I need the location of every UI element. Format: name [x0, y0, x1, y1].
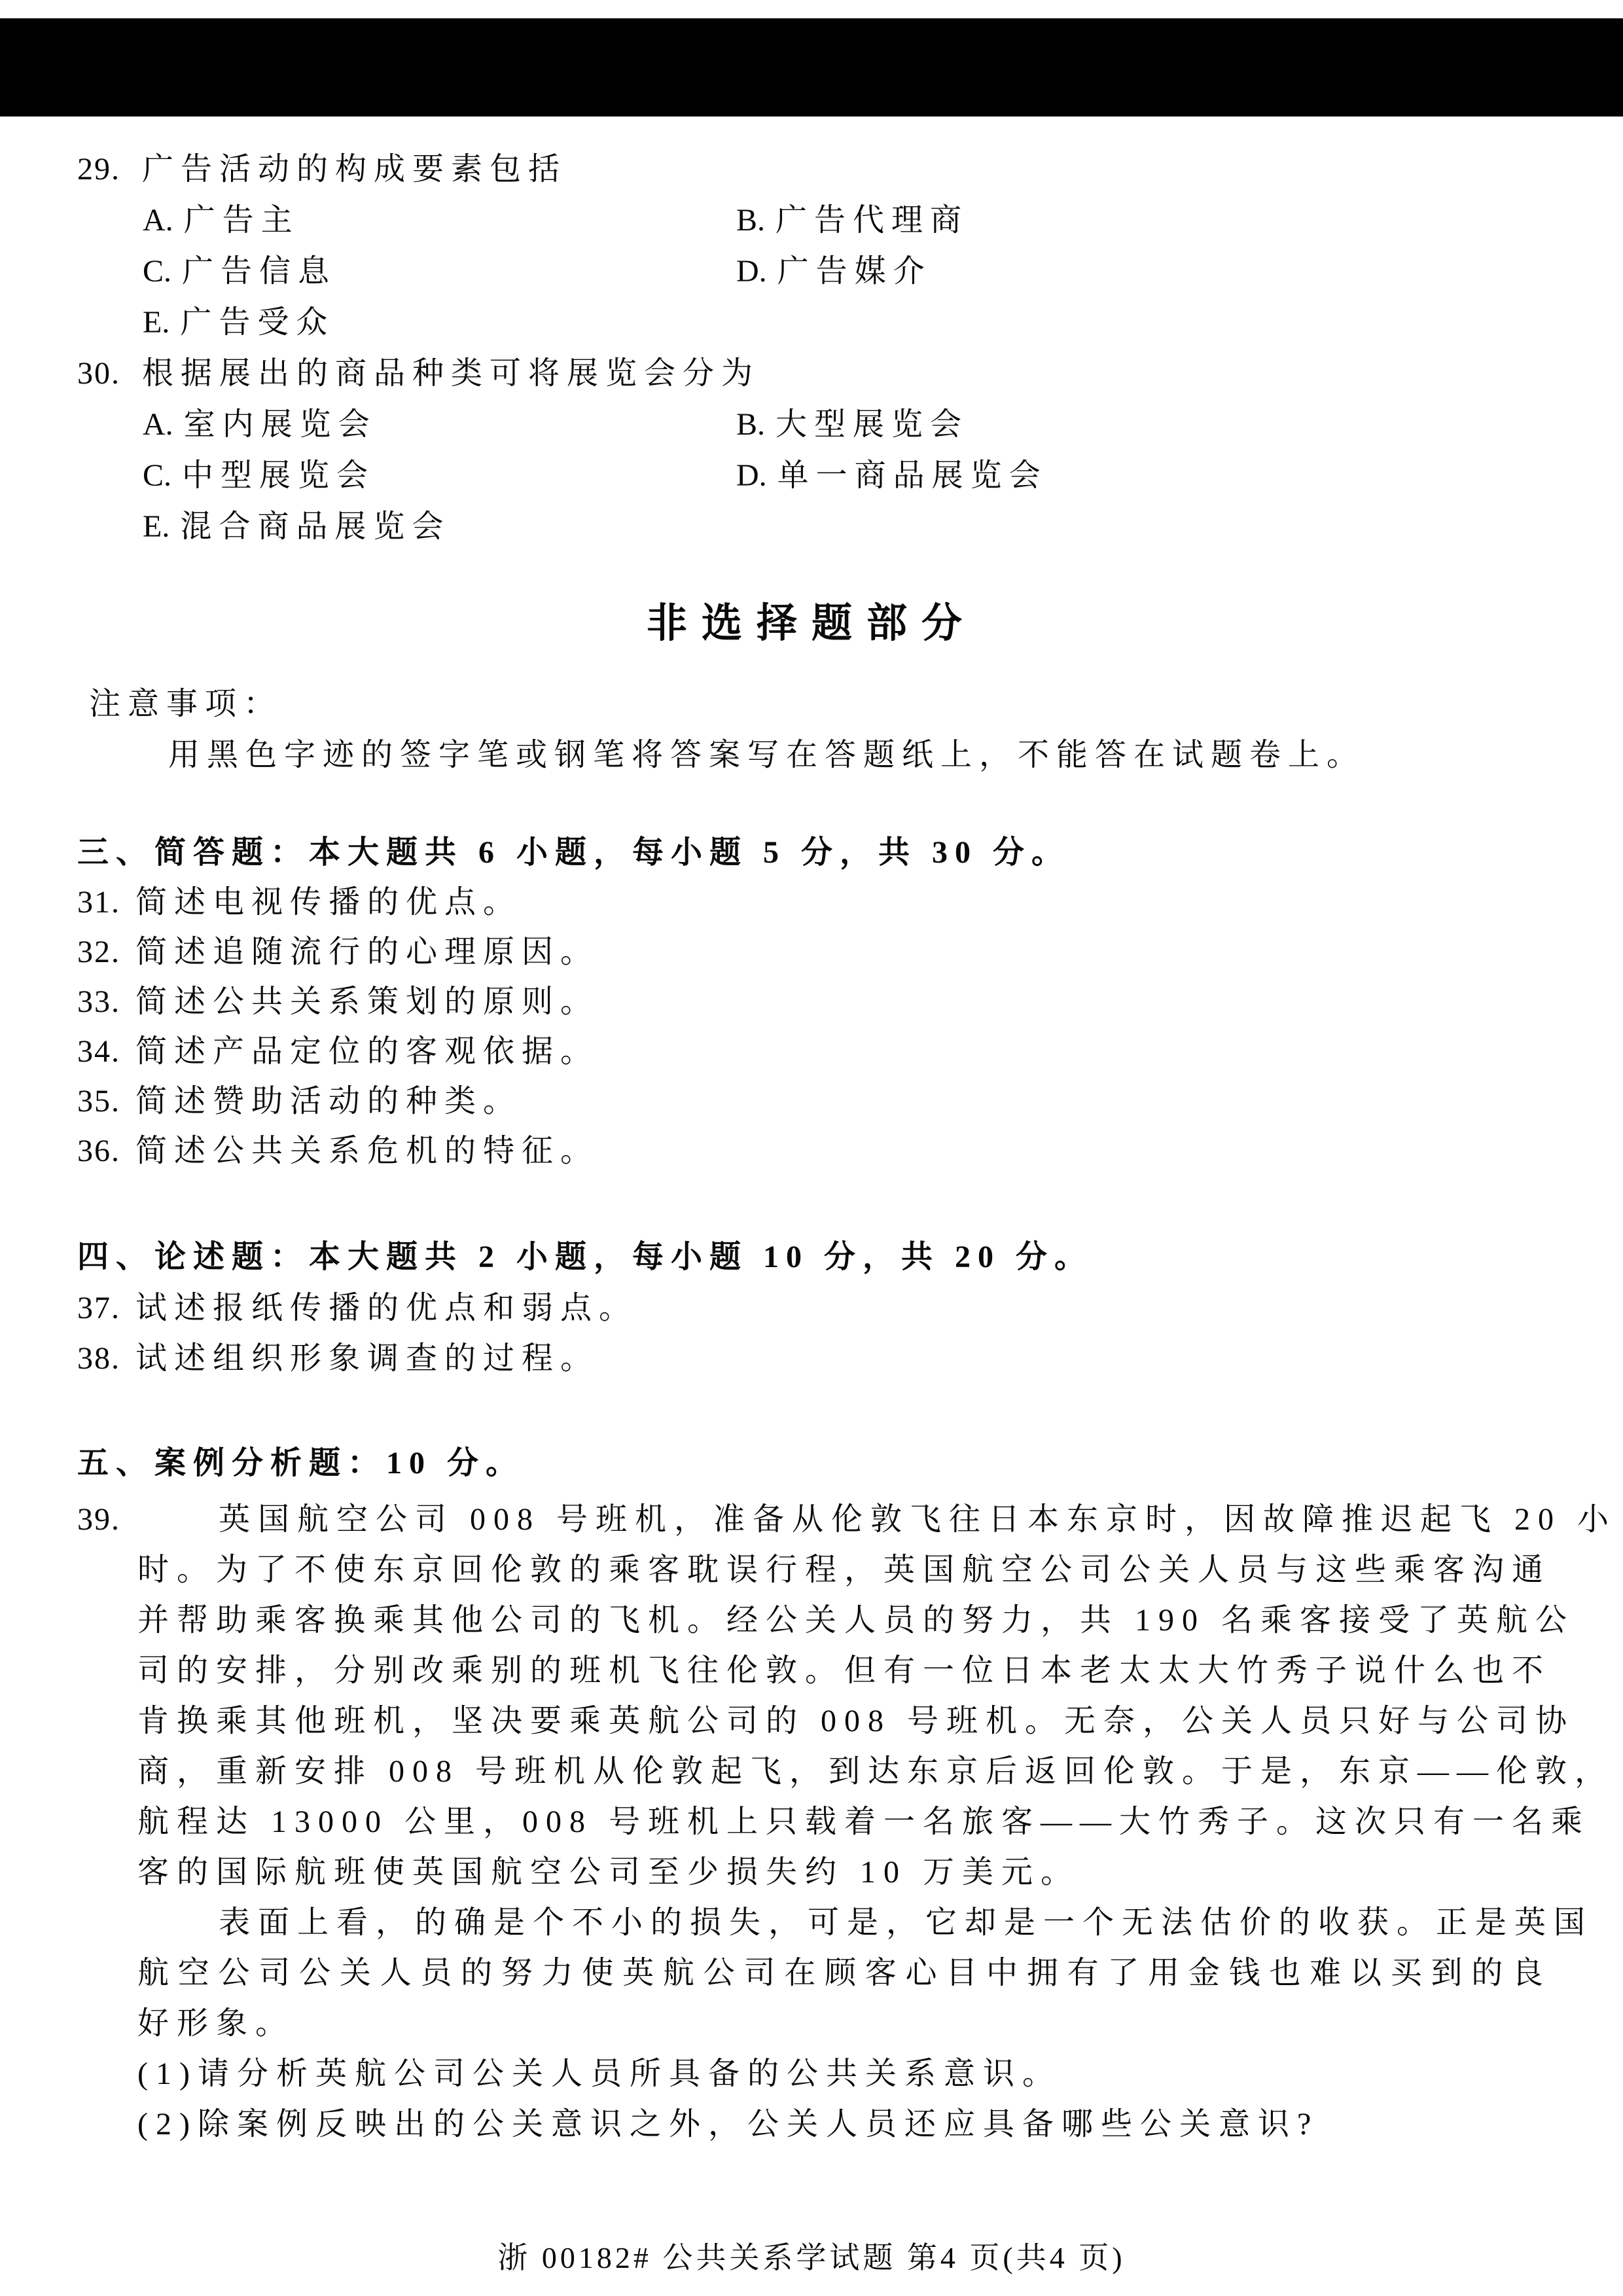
- option-label: C.: [143, 251, 171, 292]
- question-38-number: 38.: [77, 1338, 135, 1379]
- question-32-text: 简述追随流行的心理原因。: [135, 935, 599, 969]
- option-text: 大型展览会: [776, 407, 969, 442]
- case-line: 英国航空公司 008 号班机，准备从伦敦飞往日本东京时，因故障推迟起飞 20 小: [137, 1494, 1551, 1545]
- option-label: B.: [736, 200, 765, 241]
- question-30-stem: 30.根据展出的商品种类可将展览会分为: [77, 353, 760, 394]
- option-text: 广告主: [184, 203, 300, 238]
- question-30-text: 根据展出的商品种类可将展览会分为: [142, 356, 760, 391]
- option-29-b: B.广告代理商: [736, 200, 969, 241]
- section-4-heading: 四、论述题：本大题共 2 小题，每小题 10 分，共 20 分。: [77, 1237, 1093, 1278]
- question-37-number: 37.: [77, 1288, 135, 1329]
- question-31-number: 31.: [77, 882, 135, 923]
- question-30-options-row-2: C.中型展览会 D.单一商品展览会: [143, 456, 1048, 496]
- question-30-number: 30.: [77, 353, 142, 394]
- notice-body: 用黑色字迹的签字笔或钢笔将答案写在答题纸上，不能答在试题卷上。: [168, 735, 1365, 776]
- exam-scan-page: 29.广告活动的构成要素包括 A.广告主 B.广告代理商 C.广告信息 D.广告…: [0, 0, 1623, 2296]
- question-33-text: 简述公共关系策划的原则。: [135, 984, 599, 1019]
- question-34: 34.简述产品定位的客观依据。: [77, 1031, 599, 1072]
- option-text: 中型展览会: [182, 458, 375, 493]
- question-31-text: 简述电视传播的优点。: [135, 885, 522, 920]
- question-36-number: 36.: [77, 1131, 135, 1172]
- option-30-a: A.室内展览会: [143, 404, 736, 445]
- option-29-d: D.广告媒介: [736, 251, 932, 292]
- question-34-number: 34.: [77, 1031, 135, 1072]
- section-3-heading: 三、简答题：本大题共 6 小题，每小题 5 分，共 30 分。: [77, 833, 1070, 873]
- question-35-number: 35.: [77, 1081, 135, 1122]
- option-label: E.: [143, 302, 169, 343]
- question-39-number: 39.: [77, 1494, 120, 1545]
- case-line: 肯换乘其他班机，坚决要乘英航公司的 008 号班机。无奈，公关人员只好与公司协: [137, 1696, 1551, 1746]
- case-line: 时。为了不使东京回伦敦的乘客耽误行程，英国航空公司公关人员与这些乘客沟通: [137, 1545, 1551, 1595]
- option-label: D.: [736, 456, 767, 496]
- question-30-options-row-1: A.室内展览会 B.大型展览会: [143, 404, 969, 445]
- question-29-options-row-3: E.广告受众: [143, 302, 736, 343]
- option-29-e: E.广告受众: [143, 302, 736, 343]
- option-label: E.: [143, 507, 169, 547]
- case-line: 司的安排，分别改乘别的班机飞往伦敦。但有一位日本老太太大竹秀子说什么也不: [137, 1645, 1551, 1696]
- case-line: 表面上看，的确是个不小的损失，可是，它却是一个无法估价的收获。正是英国: [137, 1897, 1551, 1948]
- question-32: 32.简述追随流行的心理原因。: [77, 932, 599, 973]
- option-text: 广告信息: [182, 254, 336, 289]
- case-sub-question-2: (2)除案例反映出的公关意识之外，公关人员还应具备哪些公关意识?: [137, 2099, 1551, 2149]
- question-35: 35.简述赞助活动的种类。: [77, 1081, 522, 1122]
- question-38: 38.试述组织形象调查的过程。: [77, 1338, 599, 1379]
- option-30-d: D.单一商品展览会: [736, 456, 1048, 496]
- question-30-options-row-3: E.混合商品展览会: [143, 507, 736, 547]
- option-30-e: E.混合商品展览会: [143, 507, 736, 547]
- question-37-text: 试述报纸传播的优点和弱点。: [135, 1291, 637, 1325]
- option-text: 单一商品展览会: [777, 458, 1048, 493]
- option-text: 混合商品展览会: [180, 509, 450, 544]
- section-5-heading: 五、案例分析题：10 分。: [77, 1443, 524, 1484]
- case-line: 航空公司公关人员的努力使英航公司在顾客心目中拥有了用金钱也难以买到的良: [137, 1948, 1551, 1998]
- option-29-a: A.广告主: [143, 200, 736, 241]
- section-title-non-choice: 非选择题部分: [0, 590, 1623, 649]
- case-line: 好形象。: [137, 1998, 1551, 2049]
- option-30-b: B.大型展览会: [736, 404, 969, 445]
- case-study-39: 39. 英国航空公司 008 号班机，准备从伦敦飞往日本东京时，因故障推迟起飞 …: [77, 1494, 1551, 2149]
- question-29-number: 29.: [77, 149, 142, 190]
- question-36-text: 简述公共关系危机的特征。: [135, 1134, 599, 1168]
- case-line: 并帮助乘客换乘其他公司的飞机。经公关人员的努力，共 190 名乘客接受了英航公: [137, 1595, 1551, 1645]
- case-line: 航程达 13000 公里，008 号班机上只载着一名旅客——大竹秀子。这次只有一…: [137, 1797, 1551, 1847]
- question-34-text: 简述产品定位的客观依据。: [135, 1034, 599, 1069]
- page-footer: 浙 00182# 公共关系学试题 第4 页(共4 页): [0, 2234, 1623, 2277]
- option-text: 广告受众: [180, 305, 334, 340]
- option-label: A.: [143, 200, 173, 241]
- option-label: A.: [143, 404, 173, 445]
- scan-header-black-bar: [0, 18, 1623, 117]
- option-text: 广告代理商: [776, 203, 969, 238]
- option-label: C.: [143, 456, 171, 496]
- option-text: 室内展览会: [184, 407, 377, 442]
- question-35-text: 简述赞助活动的种类。: [135, 1084, 522, 1119]
- notice-heading: 注意事项：: [89, 684, 282, 725]
- question-29-stem: 29.广告活动的构成要素包括: [77, 149, 567, 190]
- case-sub-question-1: (1)请分析英航公司公关人员所具备的公共关系意识。: [137, 2049, 1551, 2099]
- question-38-text: 试述组织形象调查的过程。: [135, 1341, 599, 1376]
- option-text: 广告媒介: [777, 254, 932, 289]
- question-37: 37.试述报纸传播的优点和弱点。: [77, 1288, 637, 1329]
- question-33: 33.简述公共关系策划的原则。: [77, 982, 599, 1022]
- question-29-options-row-1: A.广告主 B.广告代理商: [143, 200, 969, 241]
- question-32-number: 32.: [77, 932, 135, 973]
- case-line: 客的国际航班使英国航空公司至少损失约 10 万美元。: [137, 1847, 1551, 1897]
- question-31: 31.简述电视传播的优点。: [77, 882, 522, 923]
- question-29-options-row-2: C.广告信息 D.广告媒介: [143, 251, 932, 292]
- case-line: 商，重新安排 008 号班机从伦敦起飞，到达东京后返回伦敦。于是，东京——伦敦，: [137, 1746, 1551, 1797]
- option-29-c: C.广告信息: [143, 251, 736, 292]
- question-36: 36.简述公共关系危机的特征。: [77, 1131, 599, 1172]
- option-label: D.: [736, 251, 767, 292]
- option-30-c: C.中型展览会: [143, 456, 736, 496]
- question-29-text: 广告活动的构成要素包括: [142, 152, 567, 187]
- question-33-number: 33.: [77, 982, 135, 1022]
- option-label: B.: [736, 404, 765, 445]
